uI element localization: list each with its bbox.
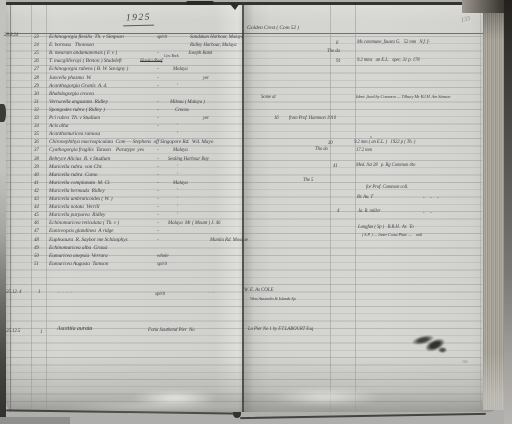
preservation-mark: -	[157, 189, 159, 194]
species-name: Acanthomuricea ramosa	[49, 132, 100, 137]
locality: '	[177, 84, 178, 89]
locality: Malaya Mr ( Mount ) J. 46	[168, 221, 220, 226]
preservation-mark: -	[157, 157, 159, 162]
handwritten-note: West Australia & Islands Sp.	[250, 297, 297, 301]
handwritten-note: Longfan ( Sp ) R.B.H. Ar. To	[358, 226, 414, 231]
preservation-mark: -	[157, 173, 159, 178]
preservation-mark: -	[157, 229, 159, 234]
species-name: Juncella phasma W.	[49, 76, 92, 81]
locality: Mileau ( Malaya )	[170, 100, 205, 105]
handwritten-note: 9.2 mms an E.L. spec. 31 p. 178	[357, 59, 420, 64]
locality: yet	[203, 116, 209, 121]
preservation-mark: -	[157, 51, 159, 56]
handwritten-note: 1	[38, 290, 40, 295]
handwritten-note: The 5	[303, 179, 313, 184]
handwritten-note: Ms commune, fausta G. 52 mm N.f. f-	[357, 41, 430, 46]
species-name: Muricella rubra Como	[49, 173, 97, 178]
page-sheen	[55, 401, 265, 412]
handwritten-note: Med. list 28 p. Rg Common 4to	[356, 164, 415, 169]
species-name: B. mearum andamanensis ( F. v )	[49, 51, 117, 56]
species-name: Echinogorgia flexilis Th. v Simpson	[49, 35, 124, 40]
entry-number: 38	[34, 157, 39, 162]
entry-number: 43	[34, 197, 39, 202]
entry-number: 31	[34, 100, 39, 105]
preservation-mark: -	[157, 205, 159, 210]
species-name: Euplexaura R. Saybor me Schizophys	[49, 238, 128, 243]
handwritten-note: Tho da	[327, 50, 340, 55]
handwritten-note: Ja. R. miller	[358, 210, 380, 215]
register-book-photo: 1925 133 28.8.24 23 Echinogorgia flexili…	[0, 0, 512, 424]
preservation-mark: -	[157, 181, 159, 186]
species-name: T. macgillivrayi ( Breton ) Studeleft	[49, 59, 122, 64]
species-name: Bebryce Alicius R. v Studium	[49, 157, 110, 162]
entry-number: 44	[34, 205, 39, 210]
handwritten-note: - -	[423, 212, 432, 217]
entry-number: 48	[34, 238, 39, 243]
entry-number: 32	[34, 108, 39, 113]
ink-blot-part	[438, 347, 447, 353]
handwritten-note: Br. Au. T	[357, 196, 373, 201]
handwritten-note: 9.2 mm ( an E.L. ) 1922 p ( Th. )	[354, 141, 415, 146]
locality: '	[177, 189, 178, 194]
handwritten-note: 17.2 mm	[356, 149, 372, 154]
species-name: Muricella complanata M. Cl.	[49, 181, 111, 186]
locality: '	[177, 197, 178, 202]
entry-number: 47	[34, 229, 39, 234]
entry-number: 34	[34, 124, 39, 129]
handwritten-note: for Prof. Common coll.	[366, 186, 408, 191]
species-name: Muricella rubra von Chr.	[49, 165, 102, 170]
preservation-mark: -	[157, 221, 159, 226]
handwritten-note: 4	[337, 210, 339, 215]
locality: '	[177, 165, 178, 170]
entry-number: 46	[34, 221, 39, 226]
species-name: Cyathogorgia fragilis Tanson Paratype ye…	[49, 148, 144, 153]
locality: Malaya	[173, 181, 188, 186]
locality: '	[177, 124, 178, 129]
entry-number: 23	[34, 35, 39, 40]
locality: '	[177, 173, 178, 178]
entry-number: 39	[34, 165, 39, 170]
preservation-mark: -	[157, 84, 159, 89]
species-name: Muricella purpurea Ridley	[49, 213, 105, 218]
species-name: Chironephthya macrospiculata Com — Steph…	[49, 140, 213, 145]
locality: Ridley Harbour, Malaya	[190, 43, 237, 48]
handwritten-note: 41	[333, 165, 338, 170]
locality: yet	[203, 76, 209, 81]
entry-number: 25	[34, 51, 39, 56]
handwritten-note: 25.12.5	[6, 329, 20, 334]
preservation-mark: whole	[157, 254, 168, 259]
preservation-mark: -	[157, 124, 159, 129]
entry-number: 40	[34, 173, 39, 178]
handwritten-note: ~ ~ ~ ~	[57, 291, 73, 296]
species-name: E. bornass Thomson	[49, 43, 94, 48]
page-sheen	[268, 388, 383, 406]
locality: '	[177, 205, 178, 210]
species-name: Echinomuricea reticulata ( Th. v )	[49, 221, 119, 226]
species-name: Spongodes rubra ( Ridley )	[49, 108, 105, 113]
species-name: Eumuricea Augusta Tamson	[49, 262, 108, 267]
species-name: Euniceopsis glandinea A ridge	[49, 229, 113, 234]
table-surface	[0, 417, 70, 424]
locality: Manila Rd. Mosque	[210, 238, 248, 243]
preservation-mark: -	[157, 67, 159, 72]
handwritten-note: 6	[336, 42, 338, 47]
species-name: Acis alba	[49, 124, 68, 129]
handwritten-note: ~ ~	[208, 291, 215, 296]
locality: '	[177, 132, 178, 137]
register-row: 51 Eumuricea Augusta Tamson spirit	[0, 262, 505, 270]
species-name: Acanthogorgia Granis A. d.	[49, 84, 107, 89]
handwritten-note: Tho do	[315, 148, 328, 153]
handwritten-note: 30	[328, 142, 333, 147]
entry-number: 50	[34, 254, 39, 259]
preservation-mark: -	[157, 76, 159, 81]
entry-number: 41	[34, 181, 39, 186]
ink-blot	[412, 334, 456, 358]
handwritten-note: 25.12. 4	[6, 290, 21, 295]
entry-number: 36	[34, 140, 39, 145]
year-heading: 1925	[123, 14, 154, 27]
entry-number: 26	[34, 59, 39, 64]
entry-number: 33	[34, 116, 39, 121]
handwritten-note: from Prof. Hammon 1910	[289, 117, 336, 122]
handwritten-note: Some at	[261, 96, 276, 101]
preservation-mark: -	[157, 148, 159, 153]
species-name: Echinomuricea alba Grassi	[49, 246, 107, 251]
handwritten-note: ( S.P. ) — Inner Coast Plate — anil	[362, 233, 422, 237]
handwritten-note: 16	[274, 117, 279, 122]
species-name: Verrucella angustata Ridley	[49, 100, 108, 105]
handwritten-note: W. E. As COLE	[244, 288, 273, 293]
locality: Malaya	[173, 148, 188, 153]
preservation-mark: -	[157, 197, 159, 202]
locality: Crocus	[175, 108, 189, 113]
locality: '	[177, 213, 178, 218]
top-edge-shadow	[186, 1, 214, 6]
handwritten-note: Ascettia aurata	[57, 326, 92, 332]
handwritten-note: 1	[40, 330, 42, 335]
locality-insert: Gov. Rock	[164, 55, 179, 59]
preservation-mark: -	[157, 213, 159, 218]
preservation-mark: -	[157, 238, 159, 243]
entry-number: 24	[34, 43, 39, 48]
species-name: Eumuricea anepsia Verrara	[49, 254, 108, 259]
handwritten-note: Golden Crest ( Com 52 )	[247, 26, 299, 32]
register-row: 33 Pci rubra Th. v Studium - yet	[0, 116, 505, 124]
handwritten-note: - - -	[423, 197, 439, 202]
species-name: Muricella umbraticoides ( W. )	[49, 197, 112, 202]
book-top-edge	[4, 2, 485, 5]
locality: Malaya	[173, 67, 188, 72]
entry-number: 28	[34, 76, 39, 81]
preservation-mark: spirit	[157, 35, 167, 40]
handwritten-note: Lo Pier No 1 by F.T.LABOURT Esq	[248, 328, 313, 333]
locality: Joseph Bank	[188, 51, 212, 56]
species-name: Rhabdogorgia crocea	[49, 92, 94, 97]
entry-number: 49	[34, 246, 39, 251]
entry-number: 35	[34, 132, 39, 137]
preservation-mark: spirit	[157, 262, 167, 267]
entry-number: 45	[34, 213, 39, 218]
preservation-mark: -	[157, 116, 159, 121]
species-name: Pci rubra Th. v Studium	[49, 116, 100, 121]
species-name: Echinogorgia rubens ( B. W. Savigny )	[49, 67, 128, 72]
locality: Sealing Harbour Bay	[168, 157, 209, 162]
preservation-mark: -	[157, 100, 159, 105]
handwritten-note: 91	[336, 60, 341, 65]
entry-number: 51	[34, 262, 39, 267]
entry-number: 37	[34, 148, 39, 153]
handwritten-note: Fotia Southend Pier No	[148, 328, 195, 333]
book-cover-edge	[504, 0, 512, 424]
entry-number: 29	[34, 84, 39, 89]
book-bottom-edge-right	[240, 413, 486, 419]
locality: Hooka Reef	[140, 59, 162, 64]
entry-number: 30	[34, 92, 39, 97]
handwritten-note: spirit	[155, 292, 165, 297]
preservation-mark: -	[157, 165, 159, 170]
handwritten-note: Ident. fixed by Common — Tilbury Mr B.I.…	[356, 95, 450, 99]
species-name: Muricella notata Verrill	[49, 205, 99, 210]
handwritten-note: 166	[462, 361, 467, 365]
species-name: Muricella bermuda Ridley	[49, 189, 105, 194]
preservation-mark: -	[157, 108, 159, 113]
locality: Sandakan Harbour, Malaya	[190, 35, 243, 40]
entry-number: 42	[34, 189, 39, 194]
entry-number: 27	[34, 67, 39, 72]
